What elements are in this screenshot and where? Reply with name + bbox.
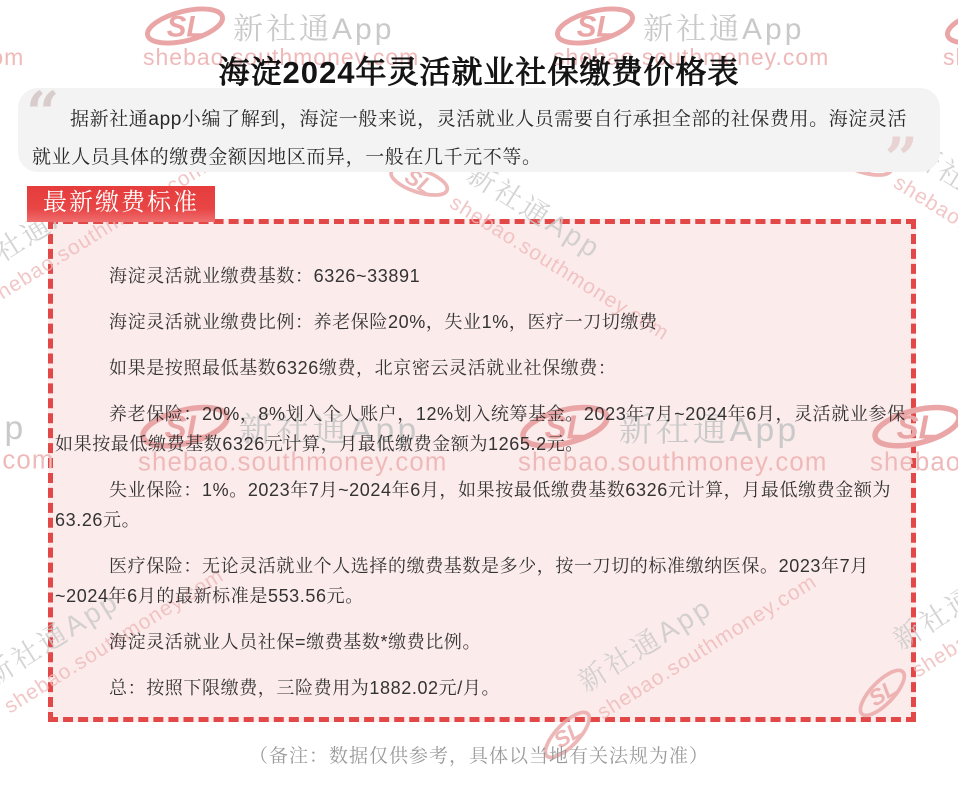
watermark: SL 新社通App shebao.southmoney.com — [0, 400, 54, 475]
logo-text: SL — [577, 11, 615, 44]
intro-quote-block: “ 据新社通app小编了解到，海淀一般来说，灵活就业人员需要自行承担全部的社保费… — [18, 88, 940, 172]
watermark-url: shebao.southmoney.com — [0, 445, 54, 475]
logo-text: SL — [167, 11, 205, 44]
article-page: SL 新社通App shebao.southmoney.com SL 新社通Ap… — [0, 0, 958, 811]
intro-text: 据新社通app小编了解到，海淀一般来说，灵活就业人员需要自行承担全部的社保费用。… — [32, 101, 924, 177]
paragraph-formula: 海淀灵活就业人员社保=缴费基数*缴费比例。 — [55, 627, 907, 657]
shetong-logo-icon: SL — [943, 4, 958, 48]
paragraph-total: 总：按照下限缴费，三险费用为1882.02元/月。 — [55, 673, 907, 703]
paragraph-base-number: 海淀灵活就业缴费基数：6326~33891 — [55, 261, 907, 291]
open-quote-icon: “ — [26, 84, 59, 142]
shetong-logo-icon: SL — [553, 4, 637, 48]
paragraph-medical: 医疗保险：无论灵活就业个人选择的缴费基数是多少，按一刀切的标准缴纳医保。2023… — [55, 551, 907, 611]
paragraph-min-base-intro: 如果是按照最低基数6326缴费，北京密云灵活就业社保缴费： — [55, 353, 907, 383]
paragraph-unemployment: 失业保险：1%。2023年7月~2024年6月，如果按最低缴费基数6326元计算… — [55, 475, 907, 535]
watermark-brand: 新社通App — [233, 4, 394, 48]
paragraph-pension: 养老保险：20%，8%划入个人账户，12%划入统筹基金。2023年7月~2024… — [55, 399, 907, 459]
section-label: 最新缴费标准 — [27, 186, 215, 222]
close-quote-icon: ” — [885, 130, 918, 188]
page-title: 海淀2024年灵活就业社保缴费价格表 — [0, 47, 958, 92]
watermark-brand: 新社通App — [0, 400, 27, 449]
standards-content: 海淀灵活就业缴费基数：6326~33891 海淀灵活就业缴费比例：养老保险20%… — [55, 261, 907, 719]
watermark-brand: 新社通App — [643, 4, 804, 48]
footnote: （备注：数据仅供参考，具体以当地有关法规为准） — [0, 742, 958, 772]
shetong-logo-icon: SL — [143, 4, 227, 48]
paragraph-rates: 海淀灵活就业缴费比例：养老保险20%，失业1%，医疗一刀切缴费 — [55, 307, 907, 337]
